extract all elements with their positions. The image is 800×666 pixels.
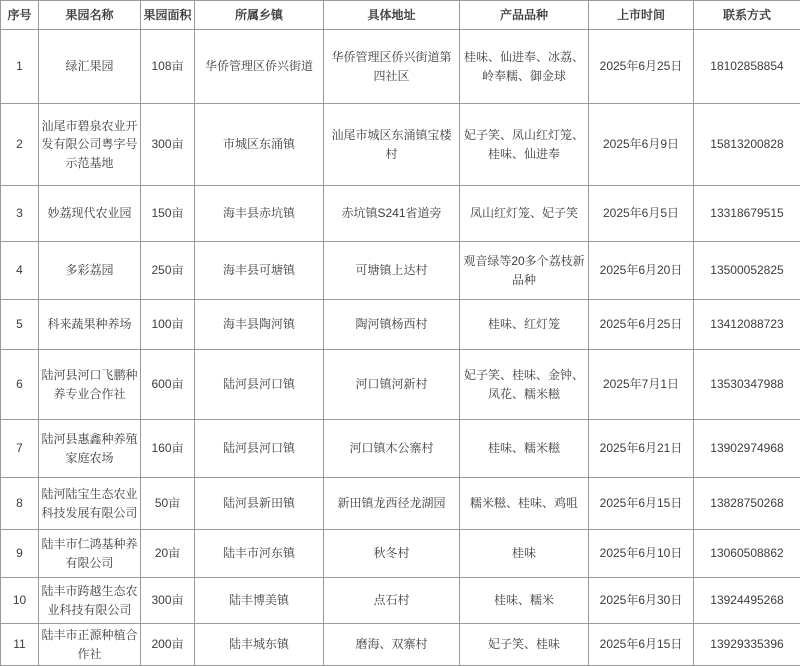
column-header-market-date: 上市时间: [589, 1, 694, 30]
cell-township: 陆丰市河东镇: [195, 530, 324, 578]
cell-market-date: 2025年6月15日: [589, 478, 694, 530]
cell-address: 磨海、双寨村: [324, 624, 460, 666]
cell-varieties: 妃子笑、桂味: [460, 624, 589, 666]
orchard-listing-table: 序号 果园名称 果园面积 所属乡镇 具体地址 产品品种 上市时间 联系方式 1绿…: [0, 0, 800, 666]
cell-address: 汕尾市城区东涌镇宝楼村: [324, 104, 460, 186]
column-header-orchard-name: 果园名称: [39, 1, 141, 30]
cell-orchard-name: 多彩荔园: [39, 242, 141, 300]
cell-area: 100亩: [141, 300, 195, 350]
cell-market-date: 2025年6月21日: [589, 420, 694, 478]
table-row: 7陆河县惠鑫种养殖家庭农场160亩陆河县河口镇河口镇木公寨村桂味、糯米糍2025…: [1, 420, 800, 478]
cell-market-date: 2025年6月25日: [589, 300, 694, 350]
cell-orchard-name: 绿汇果园: [39, 30, 141, 104]
cell-area: 20亩: [141, 530, 195, 578]
cell-address: 河口镇河新村: [324, 350, 460, 420]
column-header-township: 所属乡镇: [195, 1, 324, 30]
cell-area: 300亩: [141, 104, 195, 186]
cell-area: 108亩: [141, 30, 195, 104]
cell-contact: 13828750268: [694, 478, 800, 530]
cell-contact: 13902974968: [694, 420, 800, 478]
cell-area: 160亩: [141, 420, 195, 478]
cell-contact: 13060508862: [694, 530, 800, 578]
cell-contact: 13412088723: [694, 300, 800, 350]
cell-index: 10: [1, 578, 39, 624]
cell-varieties: 糯米糍、桂味、鸡咀: [460, 478, 589, 530]
cell-index: 9: [1, 530, 39, 578]
table-row: 1绿汇果园108亩华侨管理区侨兴街道华侨管理区侨兴街道第四社区桂味、仙进奉、冰荔…: [1, 30, 800, 104]
cell-area: 150亩: [141, 186, 195, 242]
table-row: 2汕尾市碧泉农业开发有限公司粤字号示范基地300亩市城区东涌镇汕尾市城区东涌镇宝…: [1, 104, 800, 186]
cell-varieties: 桂味、糯米: [460, 578, 589, 624]
table-row: 3妙荔现代农业园150亩海丰县赤坑镇赤坑镇S241省道旁凤山红灯笼、妃子笑202…: [1, 186, 800, 242]
cell-varieties: 妃子笑、凤山红灯笼、桂味、仙进奉: [460, 104, 589, 186]
cell-township: 海丰县赤坑镇: [195, 186, 324, 242]
cell-address: 可塘镇上达村: [324, 242, 460, 300]
cell-index: 1: [1, 30, 39, 104]
column-header-contact: 联系方式: [694, 1, 800, 30]
cell-index: 3: [1, 186, 39, 242]
cell-contact: 18102858854: [694, 30, 800, 104]
cell-orchard-name: 陆河县惠鑫种养殖家庭农场: [39, 420, 141, 478]
cell-contact: 13924495268: [694, 578, 800, 624]
cell-orchard-name: 汕尾市碧泉农业开发有限公司粤字号示范基地: [39, 104, 141, 186]
cell-varieties: 观音绿等20多个荔枝新品种: [460, 242, 589, 300]
cell-market-date: 2025年6月10日: [589, 530, 694, 578]
cell-index: 4: [1, 242, 39, 300]
cell-varieties: 妃子笑、桂味、金钟、凤花、糯米糍: [460, 350, 589, 420]
cell-address: 华侨管理区侨兴街道第四社区: [324, 30, 460, 104]
cell-market-date: 2025年6月30日: [589, 578, 694, 624]
cell-orchard-name: 陆丰市仁鸿基种养有限公司: [39, 530, 141, 578]
cell-market-date: 2025年6月15日: [589, 624, 694, 666]
column-header-address: 具体地址: [324, 1, 460, 30]
table-row: 5科来蔬果种养场100亩海丰县陶河镇陶河镇杨西村桂味、红灯笼2025年6月25日…: [1, 300, 800, 350]
cell-orchard-name: 陆丰市跨越生态农业科技有限公司: [39, 578, 141, 624]
cell-contact: 13318679515: [694, 186, 800, 242]
cell-index: 6: [1, 350, 39, 420]
cell-area: 600亩: [141, 350, 195, 420]
cell-varieties: 桂味: [460, 530, 589, 578]
cell-township: 海丰县可塘镇: [195, 242, 324, 300]
cell-varieties: 桂味、仙进奉、冰荔、岭奉糯、御金球: [460, 30, 589, 104]
cell-township: 陆河县新田镇: [195, 478, 324, 530]
cell-index: 8: [1, 478, 39, 530]
cell-township: 海丰县陶河镇: [195, 300, 324, 350]
cell-index: 5: [1, 300, 39, 350]
cell-area: 200亩: [141, 624, 195, 666]
cell-address: 秋冬村: [324, 530, 460, 578]
cell-address: 赤坑镇S241省道旁: [324, 186, 460, 242]
cell-contact: 15813200828: [694, 104, 800, 186]
cell-varieties: 桂味、糯米糍: [460, 420, 589, 478]
cell-contact: 13929335396: [694, 624, 800, 666]
table-row: 6陆河县河口飞鹏种养专业合作社600亩陆河县河口镇河口镇河新村妃子笑、桂味、金钟…: [1, 350, 800, 420]
cell-township: 陆丰博美镇: [195, 578, 324, 624]
column-header-varieties: 产品品种: [460, 1, 589, 30]
cell-township: 市城区东涌镇: [195, 104, 324, 186]
cell-market-date: 2025年6月9日: [589, 104, 694, 186]
cell-varieties: 桂味、红灯笼: [460, 300, 589, 350]
cell-index: 2: [1, 104, 39, 186]
table-body: 1绿汇果园108亩华侨管理区侨兴街道华侨管理区侨兴街道第四社区桂味、仙进奉、冰荔…: [1, 30, 800, 666]
table-header-row: 序号 果园名称 果园面积 所属乡镇 具体地址 产品品种 上市时间 联系方式: [1, 1, 800, 30]
cell-area: 50亩: [141, 478, 195, 530]
cell-orchard-name: 妙荔现代农业园: [39, 186, 141, 242]
cell-varieties: 凤山红灯笼、妃子笑: [460, 186, 589, 242]
cell-index: 11: [1, 624, 39, 666]
cell-orchard-name: 陆丰市正源种植合作社: [39, 624, 141, 666]
cell-area: 300亩: [141, 578, 195, 624]
table-row: 11陆丰市正源种植合作社200亩陆丰城东镇磨海、双寨村妃子笑、桂味2025年6月…: [1, 624, 800, 666]
column-header-area: 果园面积: [141, 1, 195, 30]
cell-address: 陶河镇杨西村: [324, 300, 460, 350]
column-header-index: 序号: [1, 1, 39, 30]
cell-address: 河口镇木公寨村: [324, 420, 460, 478]
table-row: 8陆河陆宝生态农业科技发展有限公司50亩陆河县新田镇新田镇龙西径龙湖园糯米糍、桂…: [1, 478, 800, 530]
cell-township: 陆河县河口镇: [195, 350, 324, 420]
cell-index: 7: [1, 420, 39, 478]
cell-contact: 13530347988: [694, 350, 800, 420]
cell-township: 陆丰城东镇: [195, 624, 324, 666]
cell-market-date: 2025年6月25日: [589, 30, 694, 104]
cell-area: 250亩: [141, 242, 195, 300]
cell-address: 新田镇龙西径龙湖园: [324, 478, 460, 530]
table-row: 10陆丰市跨越生态农业科技有限公司300亩陆丰博美镇点石村桂味、糯米2025年6…: [1, 578, 800, 624]
cell-orchard-name: 陆河陆宝生态农业科技发展有限公司: [39, 478, 141, 530]
table-row: 9陆丰市仁鸿基种养有限公司20亩陆丰市河东镇秋冬村桂味2025年6月10日130…: [1, 530, 800, 578]
cell-market-date: 2025年7月1日: [589, 350, 694, 420]
cell-contact: 13500052825: [694, 242, 800, 300]
cell-township: 陆河县河口镇: [195, 420, 324, 478]
cell-township: 华侨管理区侨兴街道: [195, 30, 324, 104]
cell-market-date: 2025年6月5日: [589, 186, 694, 242]
cell-orchard-name: 科来蔬果种养场: [39, 300, 141, 350]
cell-market-date: 2025年6月20日: [589, 242, 694, 300]
cell-orchard-name: 陆河县河口飞鹏种养专业合作社: [39, 350, 141, 420]
cell-address: 点石村: [324, 578, 460, 624]
table-row: 4多彩荔园250亩海丰县可塘镇可塘镇上达村观音绿等20多个荔枝新品种2025年6…: [1, 242, 800, 300]
